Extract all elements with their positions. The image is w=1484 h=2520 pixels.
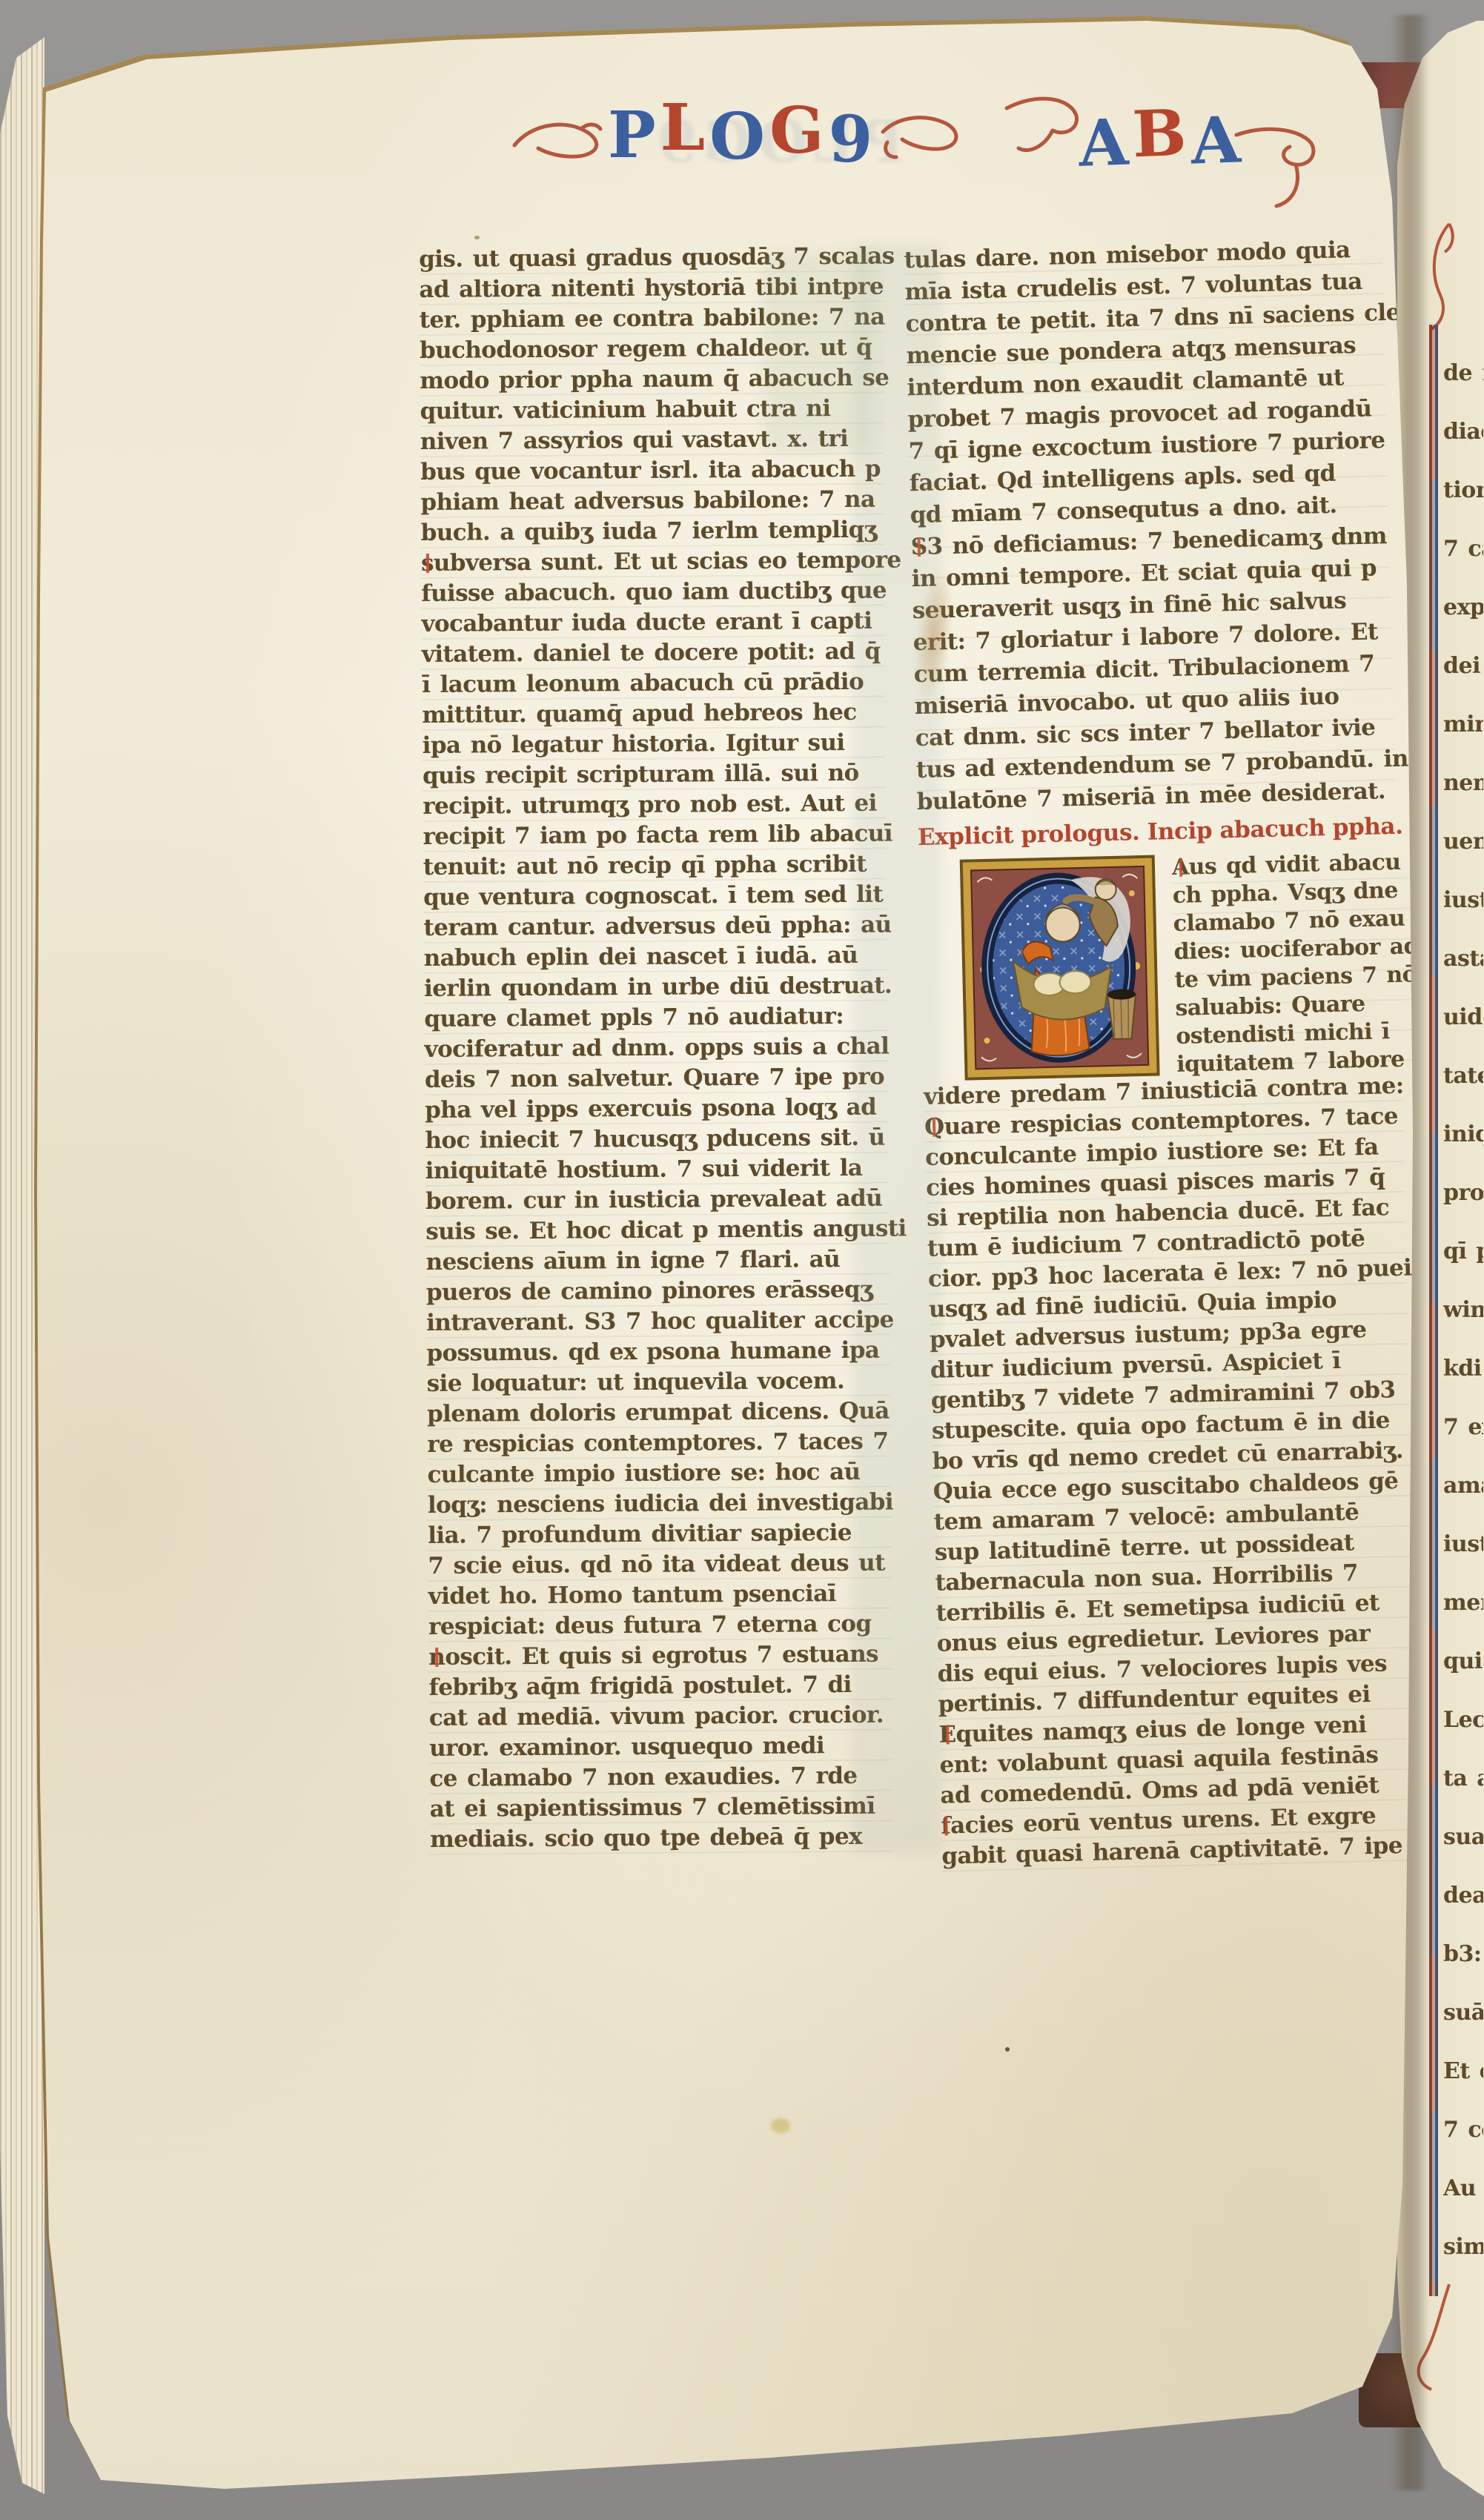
red-touched-initial: f [941, 1812, 951, 1839]
manuscript-text-line: plenam doloris erumpat dicens. Quā [427, 1396, 890, 1430]
next-page-text-fragment: expe [1443, 594, 1483, 653]
manuscript-text-line: deis 7 non salvetur. Quare 7 ipe pro [425, 1062, 888, 1095]
next-page-text-fragment: uide [1443, 1004, 1483, 1063]
manuscript-text-line: pha vel ipps exercuis psona loqʒ ad [425, 1092, 888, 1126]
manuscript-text-line: mediais. scio quo tpe debeā q̄ pex [430, 1822, 893, 1855]
manuscript-text-line: ī lacum leonum abacuch cū prādio [422, 667, 885, 700]
manuscript-text-line: te vim paciens 7 nō [1174, 961, 1420, 995]
next-page-text-fragment: quia [1443, 1648, 1483, 1707]
manuscript-text-line: videt ho. Homo tantum psenciaī [428, 1579, 892, 1612]
right-text-column: tulas dare. non misebor modo quiamīa ist… [904, 233, 1420, 1872]
next-page-text-fragment: Et e [1443, 2058, 1483, 2117]
next-page-text-fragment: b3: d [1443, 1941, 1483, 2000]
next-page-text-fragment: nem [1443, 770, 1483, 829]
next-page-text-fragment: asta [1443, 946, 1483, 1004]
manuscript-text-line: lia. 7 profundum divitiar sapiecie [428, 1518, 891, 1551]
header-letter: G [769, 99, 828, 163]
next-page-text-fragment: Lece [1443, 1707, 1483, 1765]
next-page-text-fragment: sua [1443, 1824, 1483, 1883]
next-page-text-fragment: 7 exp [1443, 1414, 1483, 1473]
manuscript-text-line: respiciat: deus futura 7 eterna cog [428, 1609, 892, 1642]
right-column-prologue-end: tulas dare. non misebor modo quiamīa ist… [904, 233, 1395, 818]
yellow-stain [771, 2118, 790, 2133]
manuscript-text-line: culcante impio iustiore se: hoc aū [427, 1457, 890, 1491]
penwork-flourish-icon [877, 110, 966, 163]
manuscript-text-line: recipit. utrumqʒ pro nob est. Aut ei [423, 789, 886, 822]
manuscript-text-line: ierlin quondam in urbe diū destruat. [424, 971, 887, 1004]
manuscript-text-line: loqʒ: nesciens iudicia dei investigabi [428, 1488, 891, 1521]
next-page-text-fragment: Au [1443, 2175, 1483, 2234]
manuscript-text-line: ipa nō legatur historia. Igitur sui [423, 728, 886, 761]
next-page-text-fragment: iusti [1443, 887, 1483, 946]
manuscript-text-line: quis recipit scripturam illā. sui nō [423, 758, 886, 792]
next-page-text-fragment: de rog [1443, 360, 1483, 419]
showthrough-band [852, 245, 941, 1853]
header-letter: L [660, 96, 709, 160]
next-page-text-fragments: de rogdiachtione7 capexpedei siminnemuen… [1443, 360, 1483, 2302]
penwork-flourish-icon [999, 89, 1087, 162]
penwork-flourish-icon [510, 117, 606, 169]
manuscript-text-line: at ei sapientissimus 7 clemētissimī [430, 1791, 893, 1825]
manuscript-text-line: sie loquatur: ut inquevila vocem. [427, 1366, 890, 1399]
manuscript-text-line: vociferatur ad dnm. opps suis a chal [424, 1032, 887, 1065]
header-letter: A [1078, 110, 1134, 176]
manuscript-text-line: iniquitatē hostium. 7 sui viderit la [425, 1153, 889, 1187]
next-page-text-fragment: diach [1443, 419, 1483, 477]
initial-O-miniature-icon [959, 855, 1161, 1081]
manuscript-text-line: febribʒ aq̄m frigidā postulet. 7 di [428, 1670, 892, 1703]
next-page-text-fragment: qī p [1443, 1239, 1483, 1297]
manuscript-text-line: vitatem. daniel te docere potit: ad q̄ [422, 637, 885, 670]
historiated-initial-habakkuk [959, 855, 1161, 1081]
next-page-text-fragment: tate [1443, 1063, 1483, 1121]
next-page-text-fragment: iusti [1443, 1531, 1483, 1590]
ink-fleck [474, 236, 480, 239]
manuscript-text-line: subversa sunt. Et ut scias eo tempore [421, 546, 884, 579]
next-page-text-fragment: min [1443, 712, 1483, 770]
penwork-flourish-icon [1230, 123, 1328, 221]
manuscript-text-line: mittitur. quamq̄ apud hebreos hec [422, 697, 885, 731]
manuscript-text-line: recipit 7 iam po facta rem lib abacuī [423, 819, 886, 852]
header-letter: B [1131, 102, 1192, 168]
manuscript-text-line: noscit. Et quis si egrotus 7 estuans [428, 1639, 892, 1673]
manuscript-text-line: tenuit: aut nō recip qī ppha scribit [423, 849, 887, 883]
manuscript-text-line: buch. a quibʒ iuda 7 ierlm templiqʒ [421, 515, 884, 548]
manuscript-photo: { "meta": { "description": "Digitized me… [0, 0, 1484, 2520]
manuscript-text-line: uror. examinor. usquequo medi [429, 1731, 892, 1764]
running-header-abacuc: ABA [1078, 101, 1246, 170]
next-page-text-fragment: ta ai [1443, 1765, 1483, 1824]
manuscript-text-line: fuisse abacuch. quo iam ductibʒ que [421, 576, 884, 609]
initial-and-text-row: Aus qd vidit abacuch ppha. Vsqʒ dneclama… [918, 849, 1402, 1082]
red-touched-initial: s [421, 550, 434, 577]
manuscript-text-line: phiam heat adversus babilone: 7 na [420, 485, 884, 518]
next-page-text-fragment: win [1443, 1297, 1483, 1356]
next-page-text-fragment: men [1443, 1590, 1483, 1648]
manuscript-text-line: hoc iniecit 7 hucusqʒ pducens sit. ū [425, 1123, 888, 1156]
next-page-text-fragment: ueni [1443, 829, 1483, 887]
running-header-prologus: PLOG9 [608, 98, 877, 162]
manuscript-text-line: teram cantur. adversus deū ppha: aū [423, 910, 887, 944]
penwork-border-bar [1427, 325, 1442, 2296]
manuscript-text-line: vocabantur iuda ducte erant ī capti [421, 606, 884, 640]
manuscript-text-line: pueros de camino pinores erāsseqʒ [426, 1275, 890, 1308]
manuscript-text-line: bus que vocantur isrl. ita abacuch p [420, 454, 884, 488]
showthrough-tint [763, 252, 875, 452]
manuscript-text-line: que ventura cognoscat. ī tem sed lit [423, 880, 887, 913]
next-page-text-fragment: tione [1443, 477, 1483, 536]
manuscript-text-line: borem. cur in iusticia prevaleat adū [425, 1184, 889, 1217]
main-page: PLOG9 PLOG9 ABA gis. ut quasi gradus quo… [36, 21, 1416, 2489]
manuscript-text-line: cat ad mediā. vivum pacior. crucior. [429, 1700, 892, 1734]
manuscript-text-line: ce clamabo 7 non exaudies. 7 rde [429, 1761, 892, 1794]
manuscript-text-line: nesciens aīum in igne 7 flari. aū [425, 1244, 889, 1278]
manuscript-text-line: quare clamet ppls 7 nō audiatur: [424, 1001, 887, 1035]
manuscript-text-line: possumus. qd ex psona humane ipa [426, 1336, 890, 1369]
red-touched-initial: n [428, 1644, 445, 1671]
next-page-text-fragment: kdi [1443, 1356, 1483, 1414]
manuscript-text-line: nabuch eplin dei nascet ī iudā. aū [424, 941, 887, 974]
header-letter: O [709, 105, 769, 169]
next-page-text-fragment: ama [1443, 1473, 1483, 1531]
next-page-text-fragment: deai [1443, 1883, 1483, 1941]
manuscript-text-line: re respicias contemptores. 7 taces 7 [427, 1427, 890, 1460]
next-page-text-fragment: dei si [1443, 653, 1483, 712]
header-letter: P [608, 104, 660, 168]
next-page-text-fragment: pro [1443, 1180, 1483, 1239]
manuscript-text-line: 7 scie eius. qd nō ita videat deus ut [428, 1548, 891, 1582]
ink-fleck [1005, 2047, 1010, 2052]
left-text-column: gis. ut quasi gradus quosdāʒ 7 scalasad … [419, 242, 893, 1855]
header-letter: 9 [829, 108, 878, 172]
next-page-text-fragment: iniq [1443, 1121, 1483, 1180]
next-page-text-fragment: 7 cca [1443, 2117, 1483, 2175]
red-touched-initial: A [1172, 854, 1190, 881]
right-column-beside-initial: Aus qd vidit abacuch ppha. Vsqʒ dneclama… [1172, 848, 1422, 1076]
right-column-habakkuk-text: videre predam 7 iniusticiā contra me:Qua… [924, 1071, 1420, 1872]
manuscript-text-line: intraverant. S3 7 hoc qualiter accipe [426, 1305, 890, 1339]
next-page-text-fragment: suā [1443, 2000, 1483, 2058]
manuscript-text-line: suis se. Et hoc dicat p mentis angusti [425, 1214, 889, 1247]
next-page-text-fragment: 7 cap [1443, 536, 1483, 594]
